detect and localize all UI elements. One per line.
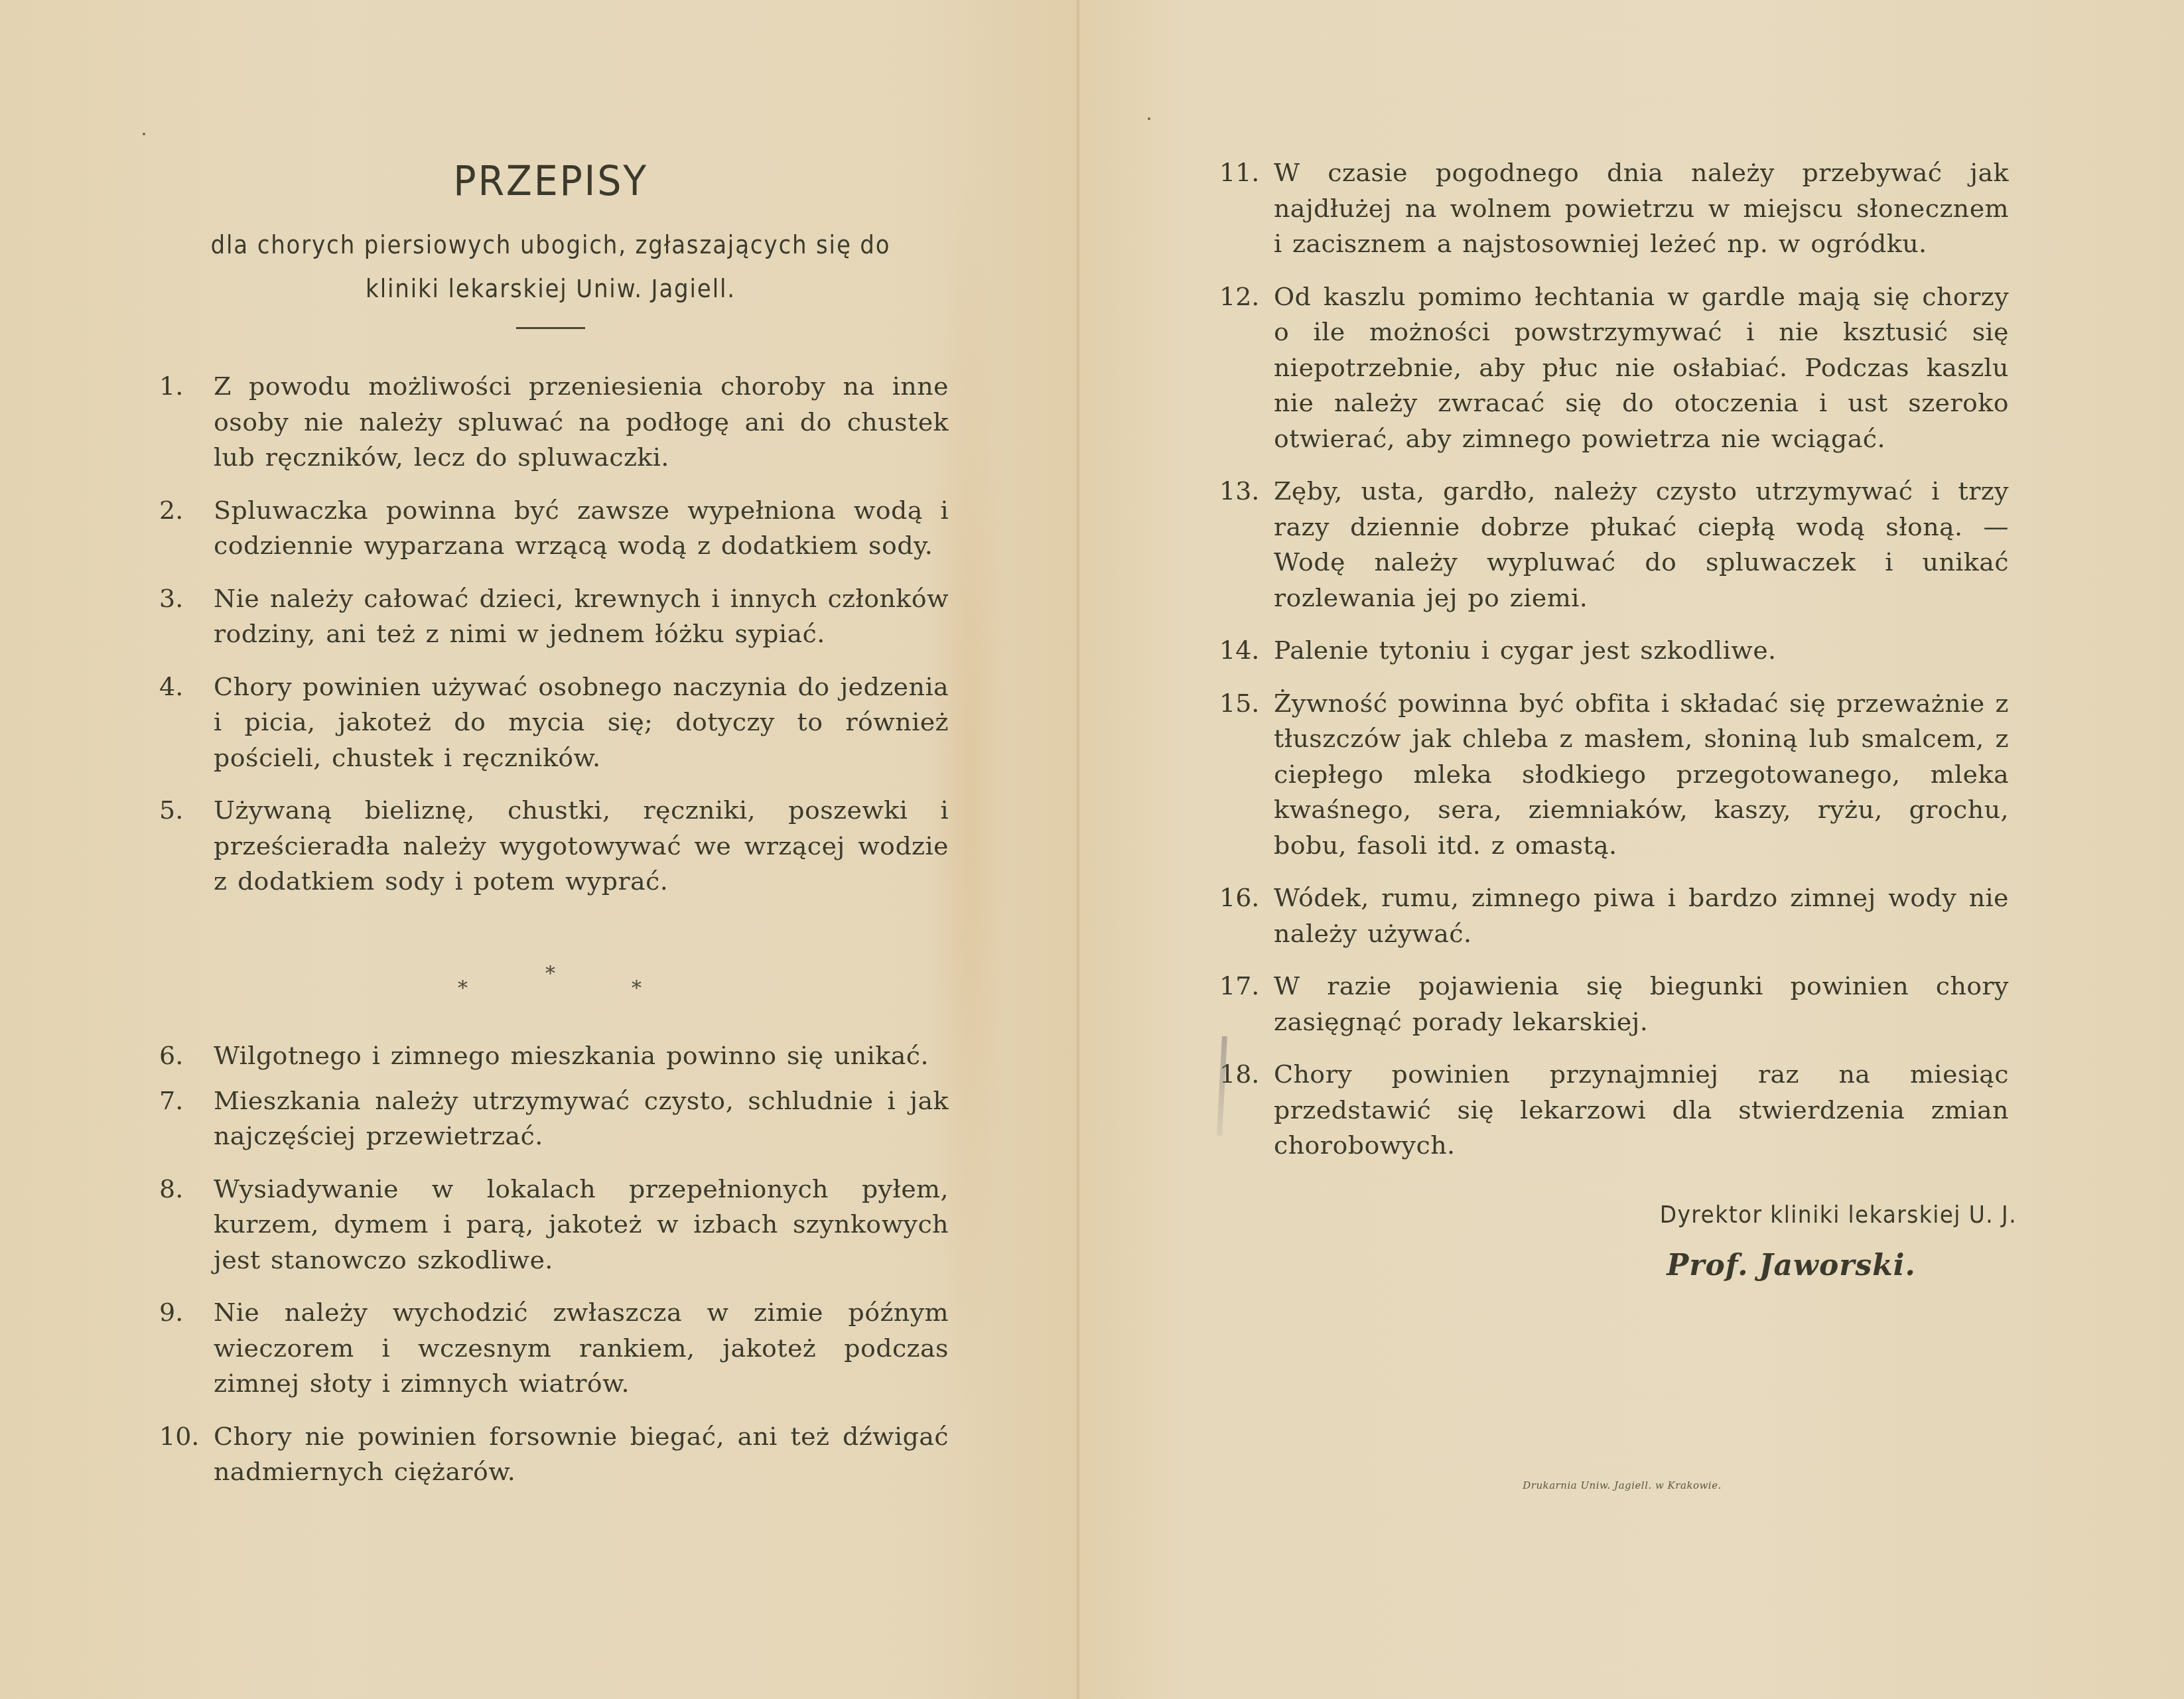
rule-item: 15. Żywność powinna być obfita i składać… <box>1219 686 2009 864</box>
rule-item: 11. W czasie pogodnego dnia należy przeb… <box>1219 155 2009 262</box>
printer-imprint: Drukarnia Uniw. Jagiell. w Krakowie. <box>1479 1479 1765 1491</box>
rule-number: 8. <box>159 1172 210 1207</box>
rule-item: 13. Zęby, usta, gardło, należy czysto ut… <box>1219 474 2009 616</box>
rule-text: Mieszkania należy utrzymywać czysto, sch… <box>214 1083 949 1154</box>
rule-number: 2. <box>159 493 210 529</box>
subtitle-line-2: kliniki lekarskiej Uniw. Jagiell. <box>44 275 1057 303</box>
rule-item: 3. Nie należy całować dzieci, krewnych i… <box>159 581 949 652</box>
rule-item: 8. Wysiadywanie w lokalach przepełnionyc… <box>159 1172 949 1278</box>
rule-text: W razie pojawienia się biegunki powinien… <box>1274 969 2009 1040</box>
rule-text: Chory powinien używać osobnego naczynia … <box>214 669 949 776</box>
rule-number: 17. <box>1219 969 1270 1004</box>
page-title: PRZEPISY <box>44 157 1057 205</box>
rule-text: Wilgotnego i zimnego mieszkania powinno … <box>214 1038 949 1074</box>
title-divider <box>516 327 585 329</box>
rule-number: 9. <box>159 1295 210 1331</box>
rule-number: 10. <box>159 1419 210 1455</box>
rule-text: Palenie tytoniu i cygar jest szkodliwe. <box>1274 633 2009 669</box>
rules-list-part-2: 6. Wilgotnego i zimnego mieszkania powin… <box>159 1038 949 1490</box>
document-spread: PRZEPISY dla chorych piersiowych ubogich… <box>0 0 2184 1699</box>
rule-item: 14. Palenie tytoniu i cygar jest szkodli… <box>1219 633 2009 669</box>
rule-item: 7. Mieszkania należy utrzymywać czysto, … <box>159 1083 949 1154</box>
rule-text: W czasie pogodnego dnia należy przebywać… <box>1274 155 2009 262</box>
rule-number: 12. <box>1219 279 1270 315</box>
rule-item: 1. Z powodu możliwości przeniesienia cho… <box>159 369 949 476</box>
rule-item: 6. Wilgotnego i zimnego mieszkania powin… <box>159 1038 949 1074</box>
rule-number: 7. <box>159 1083 210 1119</box>
rule-text: Chory powinien przynajmniej raz na miesi… <box>1274 1057 2009 1164</box>
rule-text: Wódek, rumu, zimnego piwa i bardzo zimne… <box>1274 880 2009 951</box>
rule-text: Chory nie powinien forsownie biegać, ani… <box>214 1419 949 1490</box>
rule-text: Spluwaczka powinna być zawsze wypełniona… <box>214 493 949 564</box>
signature-name: Prof. Jaworski. <box>1559 1249 2023 1282</box>
rule-number: 13. <box>1219 474 1270 510</box>
paper-speck <box>143 133 145 135</box>
asterisk: * <box>545 962 555 985</box>
rule-text: Wysiadywanie w lokalach przepełnionych p… <box>214 1172 949 1278</box>
rule-number: 4. <box>159 669 210 705</box>
signature-title: Dyrektor kliniki lekarskiej U. J. <box>1555 1202 2017 1229</box>
paper-speck <box>1148 117 1150 120</box>
section-separator-asterisks: * * * <box>458 962 650 1008</box>
rule-text: Używaną bieliznę, chustki, ręczniki, pos… <box>214 793 949 900</box>
rule-number: 1. <box>159 369 210 405</box>
rule-number: 6. <box>159 1038 210 1074</box>
rule-item: 17. W razie pojawienia się biegunki powi… <box>1219 969 2009 1040</box>
rule-item: 5. Używaną bieliznę, chustki, ręczniki, … <box>159 793 949 900</box>
asterisk: * <box>458 977 468 1000</box>
center-fold <box>1076 0 1080 1699</box>
rule-text: Zęby, usta, gardło, należy czysto utrzym… <box>1274 474 2009 616</box>
asterisk: * <box>632 977 642 1000</box>
subtitle-line-1: dla chorych piersiowych ubogich, zgłasza… <box>44 231 1057 259</box>
rule-item: 4. Chory powinien używać osobnego naczyn… <box>159 669 949 776</box>
rule-item: 12. Od kaszlu pomimo łechtania w gardle … <box>1219 279 2009 457</box>
rule-text: Nie należy wychodzić zwłaszcza w zimie p… <box>214 1295 949 1402</box>
rule-text: Od kaszlu pomimo łechtania w gardle mają… <box>1274 279 2009 457</box>
rules-list-part-3: 11. W czasie pogodnego dnia należy przeb… <box>1219 155 2009 1164</box>
rule-text: Nie należy całować dzieci, krewnych i in… <box>214 581 949 652</box>
rule-number: 15. <box>1219 686 1270 722</box>
rule-number: 3. <box>159 581 210 617</box>
rule-number: 14. <box>1219 633 1270 669</box>
rule-item: 16. Wódek, rumu, zimnego piwa i bardzo z… <box>1219 880 2009 951</box>
rule-item: 9. Nie należy wychodzić zwłaszcza w zimi… <box>159 1295 949 1402</box>
rule-item: 18. Chory powinien przynajmniej raz na m… <box>1219 1057 2009 1164</box>
rule-item: 2. Spluwaczka powinna być zawsze wypełni… <box>159 493 949 564</box>
rule-text: Z powodu możliwości przeniesienia chorob… <box>214 369 949 476</box>
rule-item: 10. Chory nie powinien forsownie biegać,… <box>159 1419 949 1490</box>
rule-text: Żywność powinna być obfita i składać się… <box>1274 686 2009 864</box>
rule-number: 5. <box>159 793 210 829</box>
rule-number: 11. <box>1219 155 1270 191</box>
rule-number: 18. <box>1219 1057 1270 1093</box>
rules-list-part-1: 1. Z powodu możliwości przeniesienia cho… <box>159 369 949 900</box>
rule-number: 16. <box>1219 880 1270 916</box>
